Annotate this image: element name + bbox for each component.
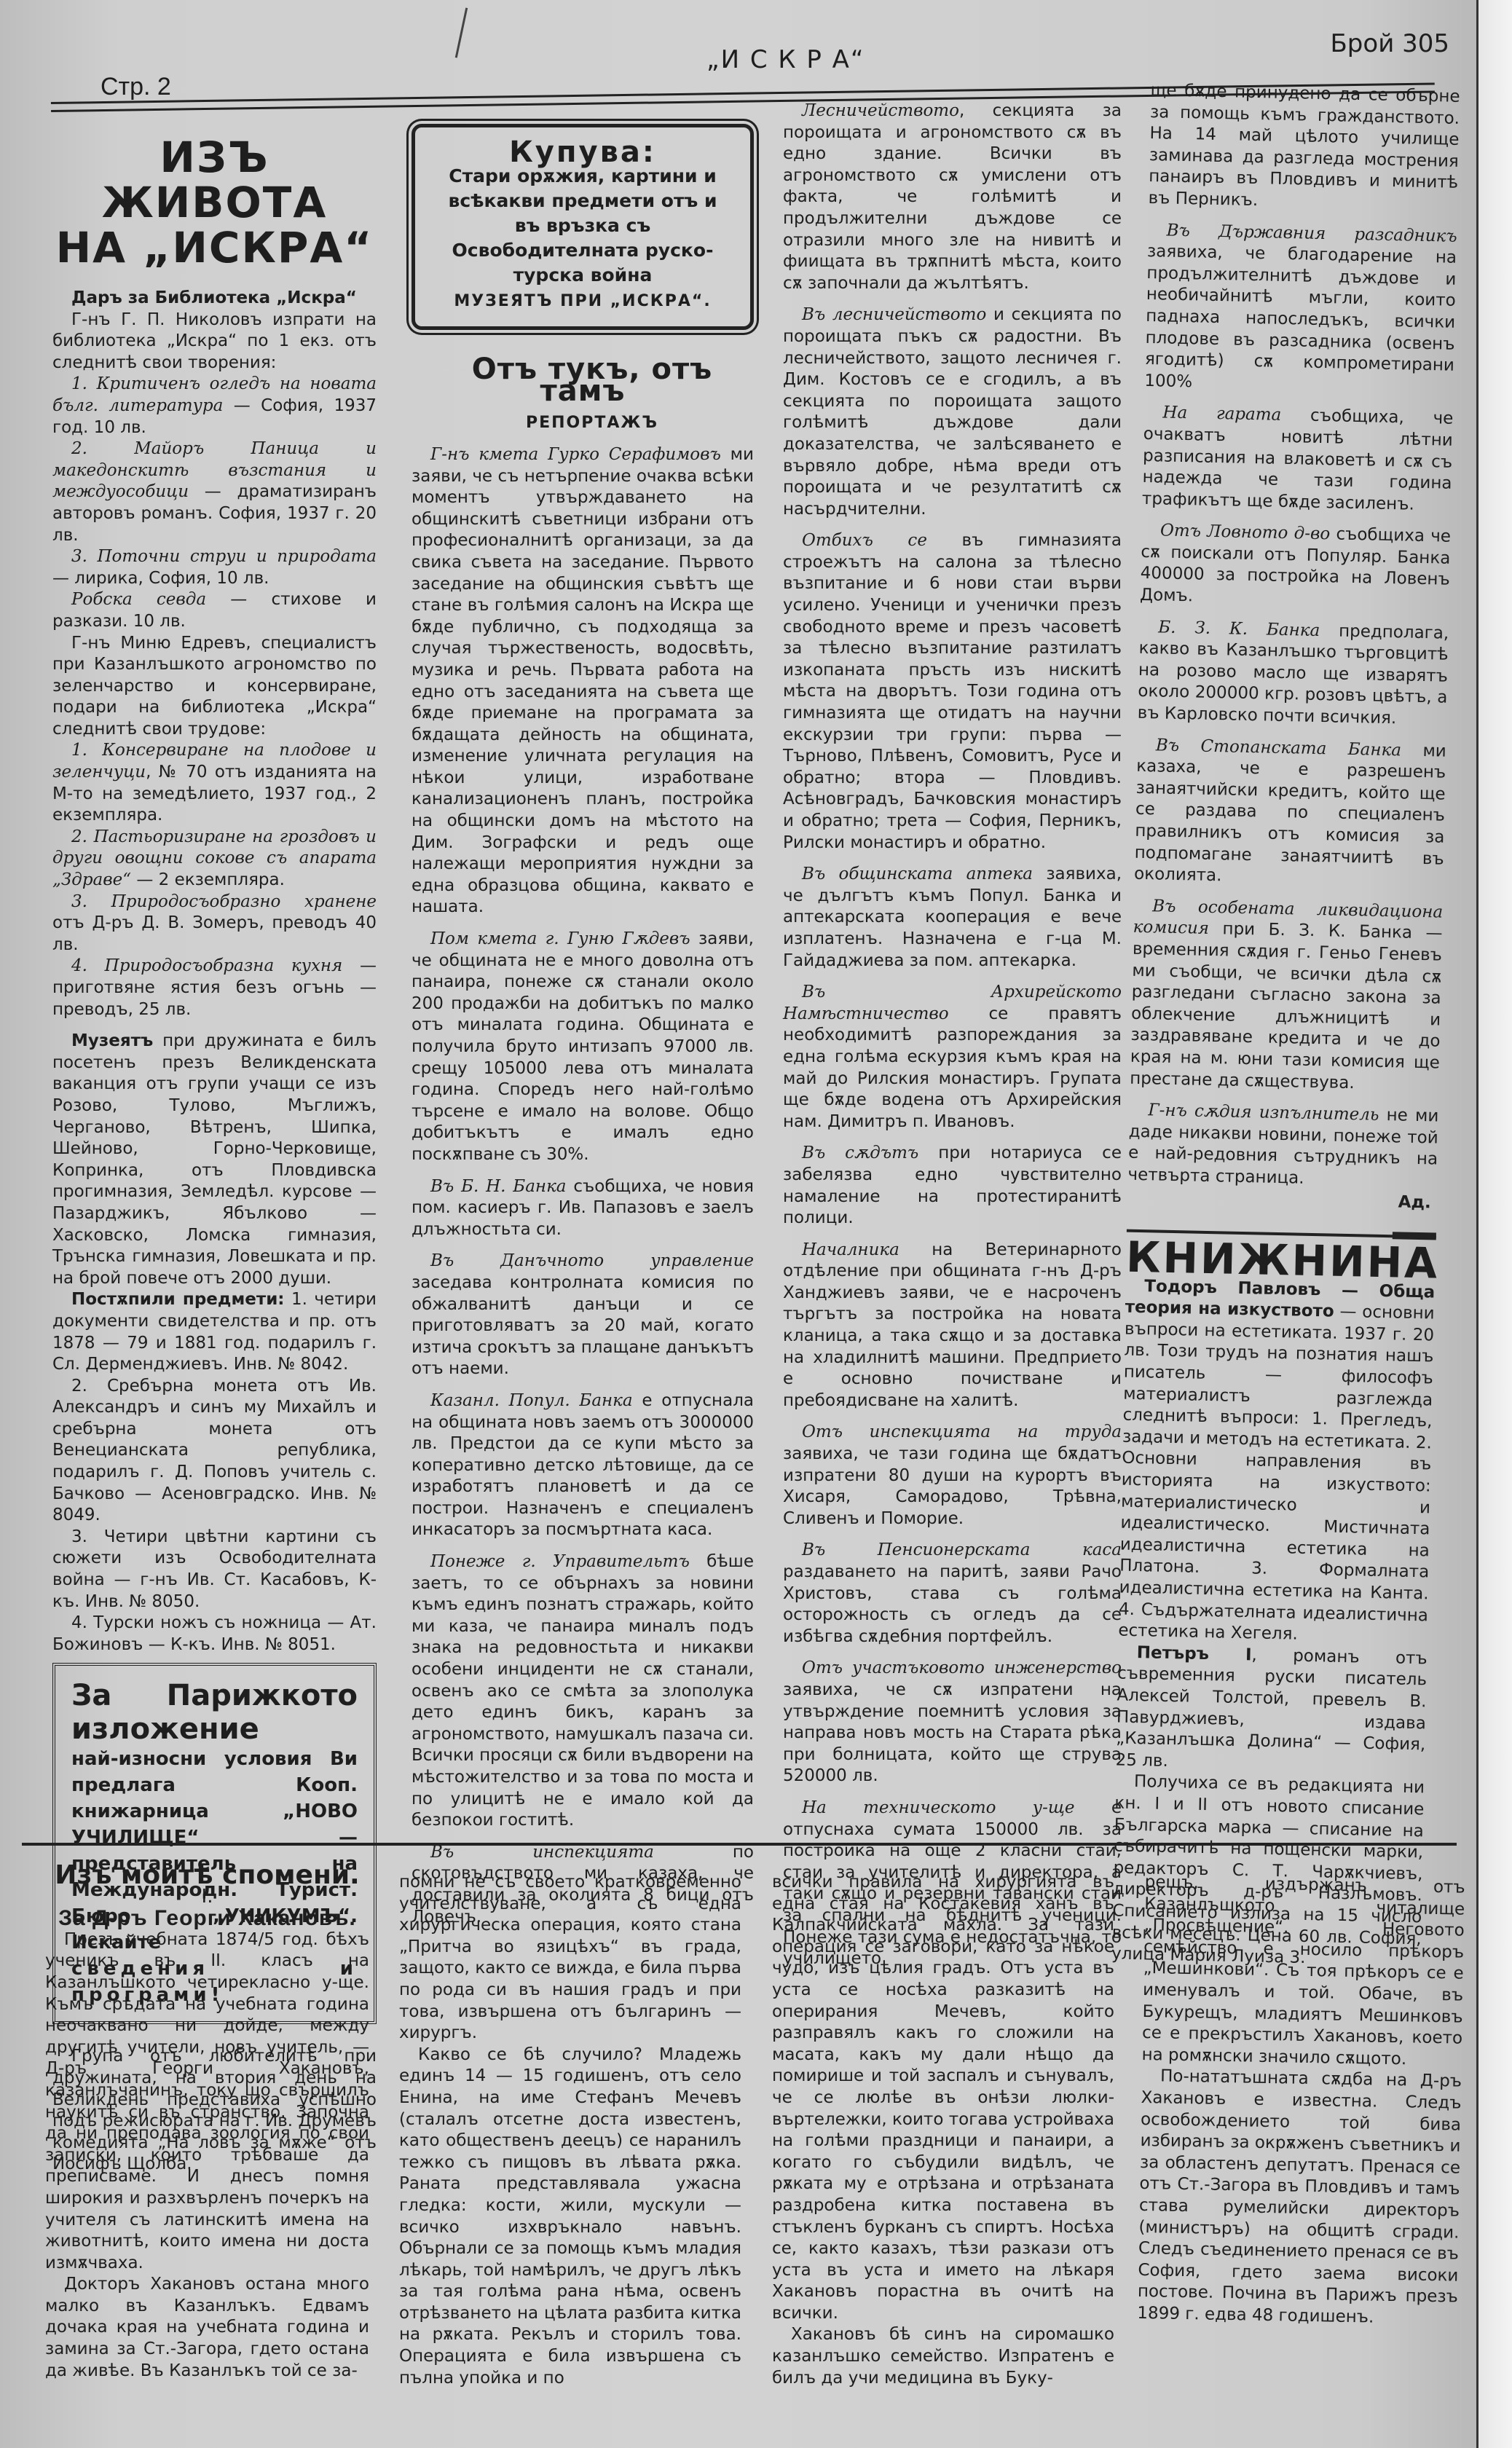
news-item: Въ Пенсионерската каса раздаването на па… [783, 1540, 1122, 1648]
news-item: Въ Архирейското Намѣстничество се правят… [783, 982, 1122, 1133]
news-item: Въ лесничейството и секцията по пороищат… [783, 304, 1122, 520]
memoir-paragraph: помни не съ своето кратковременно учител… [399, 1872, 741, 2044]
page-edge [1476, 0, 1512, 2448]
issue-number: Брой 305 [1330, 29, 1449, 58]
museum-visits: Музеятъ при дружината е билъ посетенъ пр… [52, 1031, 377, 1289]
book-review: Петъръ I, романъ отъ съвременния руски п… [1115, 1642, 1428, 1777]
column-here-there: Купува: Стари орѫжия, картини и всѣкакви… [412, 124, 754, 1938]
memoir-paragraph: всички правила на хирургията въ една ста… [772, 1872, 1114, 2324]
news-item: Въ особената ликвидациона комисия при Б.… [1130, 896, 1443, 1096]
section-divider [22, 1843, 1457, 1846]
memoir-paragraph: Хакановъ бѣ синъ на сиромашко казанлъшко… [772, 2324, 1114, 2389]
memoir-paragraph: Докторъ Хакановъ остана много малко въ К… [45, 2274, 369, 2382]
memoir-paragraph: По-нататъшната сѫдба на Д-ръ Хакановъ е … [1137, 2066, 1462, 2330]
received-item: 4. Турски ножъ съ ножница — Ат. Божиновъ… [52, 1613, 377, 1656]
gift-item: 2. Майоръ Паница и македонскитѣ възстани… [52, 438, 377, 546]
news-item: Пом кмета г. Гуню Гѫдевъ заяви, че общин… [412, 929, 754, 1166]
news-item: Отбихъ се въ гимназията строежътъ на сал… [783, 530, 1122, 854]
news-item: Казанл. Попул. Банка е отпуснала на общи… [412, 1390, 754, 1541]
newspaper-title: „И С К Р А“ [706, 45, 865, 74]
section-heading: ИЗЪ ЖИВОТА НА „ИСКРА“ [52, 135, 377, 270]
edrev-item: 4. Природосъобразна кухня — приготвяне я… [52, 956, 377, 1020]
edrev-item: 1. Консервиране на плодове и зеленчуци, … [52, 740, 377, 826]
news-item: Отъ Ловното д-во съобщиха че сѫ поискали… [1140, 520, 1451, 613]
gift-title: Даръ за Библиотека „Искра“ [52, 288, 377, 310]
news-item: Отъ инспекцията на труда заявиха, че таз… [783, 1422, 1122, 1530]
news-item: Въ Стопанската Банка ми казаха, че е раз… [1134, 734, 1446, 892]
news-item: Г-нъ кмета Гурко Серафимовъ ми заяви, че… [412, 444, 754, 918]
gift-intro: Г-нъ Г. П. Николовъ изпрати на библиотек… [52, 310, 377, 374]
gift-item: 3. Поточни струи и природата — лирика, С… [52, 546, 377, 589]
news-item: Понеже г. Управительтъ бѣше заетъ, то се… [412, 1551, 754, 1832]
page-number: Стр. 2 [101, 73, 171, 101]
memoir-paragraph: Какво се бѣ случило? Младежь единъ 14 — … [399, 2044, 741, 2390]
news-item: Въ Държавния разсадникъ заявиха, че благ… [1144, 220, 1457, 399]
news-item: Въ Б. Н. Банка съобщиха, че новия пом. к… [412, 1176, 754, 1241]
gift-item: 1. Критиченъ огледъ на новата бълг. лите… [52, 374, 377, 438]
news-item: Б. З. К. Банка предполага, какво въ Каза… [1137, 616, 1449, 731]
memoirs-column-2: помни не съ своето кратковременно учител… [399, 1872, 741, 2389]
received-items-lead: Постѫпили предмети: 1. четири документи … [52, 1289, 377, 1375]
memoirs-subtitle: За Д-ръ Георги Хакановъ. [45, 1908, 369, 1929]
edrev-item: 3. Природосъобразно хранене отъ Д-ръ Д. … [52, 892, 377, 956]
gift-item: Робска севда — стихове и разкази. 10 лв. [52, 589, 377, 632]
books-heading: КНИЖНИНА [1126, 1247, 1436, 1275]
memoir-paragraph: Презъ учебната 1874/5 год. бѣхъ ученикъ … [45, 1929, 369, 2275]
news-item: Лесничейството, секцията за пороищата и … [783, 101, 1122, 294]
news-continuation: ще бѫде принудено да се обърне за помощь… [1148, 80, 1460, 216]
news-item: На гарата съобщиха, че очакватъ новитѣ л… [1142, 402, 1454, 516]
received-item: 2. Сребърна монета отъ Ив. Александръ и … [52, 1376, 377, 1527]
news-item: Въ сѫдътъ при нотариуса се забелязва едн… [783, 1143, 1122, 1229]
memoirs-column-4: рещъ, издържанъ отъ Казанлъшкото читалищ… [1137, 1872, 1465, 2330]
received-item: 3. Четири цвѣтни картини съ сюжети изъ О… [52, 1527, 377, 1613]
memoir-paragraph: рещъ, издържанъ отъ Казанлъшкото читалищ… [1141, 1872, 1465, 2071]
memoirs-column-3: всички правила на хирургията въ една ста… [772, 1872, 1114, 2389]
memoirs-title: Изъ моитѣ спомени. [45, 1865, 369, 1886]
news-item: Г-нъ сѫдия изпълнитель не ми даде никакв… [1127, 1100, 1438, 1192]
column-news-and-books: ще бѫде принудено да се обърне за помощь… [1111, 80, 1460, 1972]
book-review: Тодоръ Павловъ — Обща теория на изкуство… [1118, 1275, 1435, 1648]
museum-buying-ad: Купува: Стари орѫжия, картини и всѣкакви… [412, 124, 754, 330]
news-item: Въ общинската аптека заявиха, че дългътъ… [783, 864, 1122, 972]
news-item: Началника на Ветеринарното отдѣление при… [783, 1240, 1122, 1412]
memoirs-column-1: Изъ моитѣ спомени. I. За Д-ръ Георги Хак… [45, 1865, 369, 2382]
column-news-continued: Лесничейството, секцията за пороищата и … [783, 101, 1122, 1980]
section-heading: Отъ тукъ, отъ тамъ [412, 359, 754, 402]
section-subheading: РЕПОРТАЖЪ [412, 412, 754, 434]
edrev-intro: Г-нъ Миню Едревъ, специалистъ при Казанл… [52, 633, 377, 741]
news-item: Въ Данъчното управление заседава контрол… [412, 1251, 754, 1380]
news-item: Отъ участъковото инженерство заявиха, че… [783, 1658, 1122, 1787]
edrev-item: 2. Пастьоризиране на гроздовъ и други ов… [52, 827, 377, 892]
